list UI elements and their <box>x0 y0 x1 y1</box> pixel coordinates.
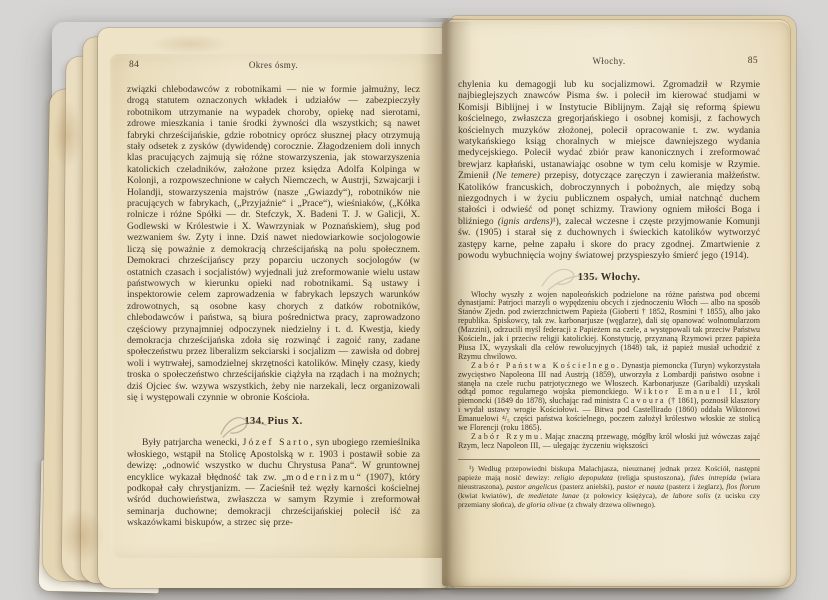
page-number-right: 85 <box>748 56 758 66</box>
running-title-left: Okres ósmy. <box>127 60 420 70</box>
right-page-header: Włochy. 85 <box>458 56 760 69</box>
small-print-paragraph: Włochy wyszły z wojen napoleońskich podz… <box>458 291 760 362</box>
small-print-paragraph: Zabór Rzymu. Mając znaczną przewagę, móg… <box>458 433 760 451</box>
body-paragraph: chylenia ku demagogji lub ku socjalizmow… <box>458 79 760 262</box>
left-page-content: 84 Okres ósmy. związki chlebodawców z ro… <box>127 60 420 529</box>
right-page-content: Włochy. 85 chylenia ku demagogji lub ku … <box>458 56 760 509</box>
footnote-rule <box>458 459 760 460</box>
small-print-paragraph: Zabór Państwa Kościelnego. Dynastja piem… <box>458 362 760 433</box>
footnote-text: ¹) Według przepowiedni biskupa Malachjas… <box>458 464 760 509</box>
body-paragraph: Były patrjarcha wenecki, Józef Sarto, sy… <box>127 437 420 528</box>
section-heading-134: 134. Pius X. <box>127 416 420 427</box>
open-book-photo: 84 Okres ósmy. związki chlebodawców z ro… <box>0 0 828 600</box>
left-page-header: 84 Okres ósmy. <box>127 60 420 73</box>
section-heading-135: 135. Włochy. <box>458 272 760 283</box>
running-title-right: Włochy. <box>458 56 760 66</box>
body-paragraph: związki chlebodawców z robotnikami — nie… <box>127 84 420 403</box>
page-number-left: 84 <box>129 60 139 70</box>
